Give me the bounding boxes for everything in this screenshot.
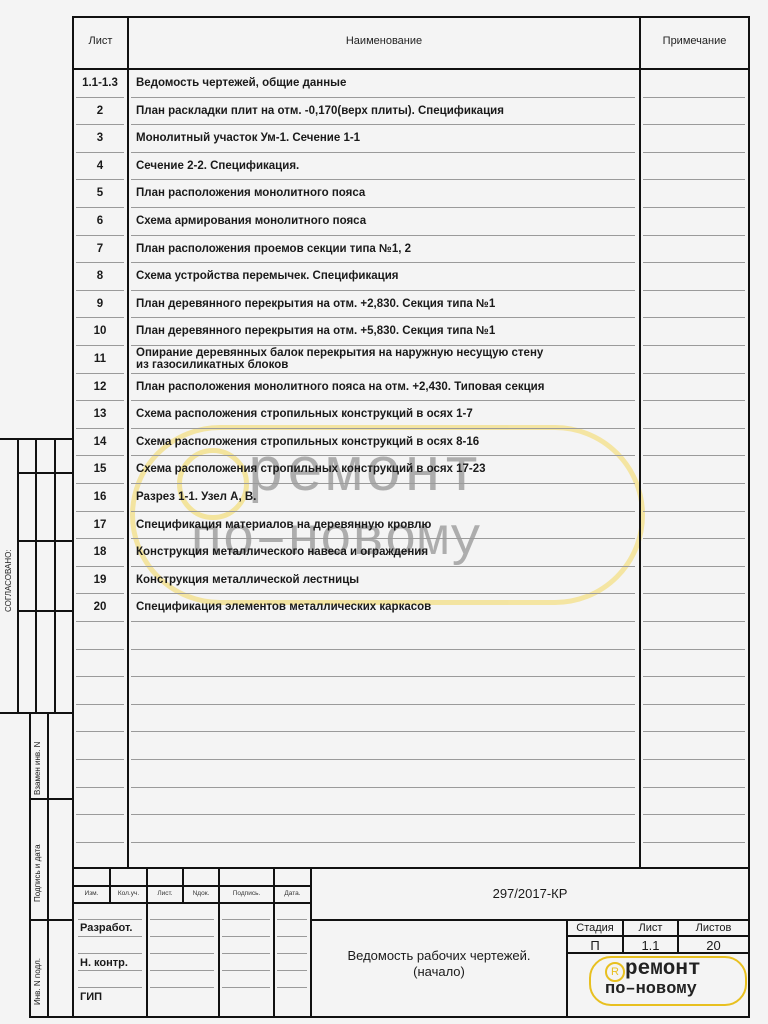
company-logo: R ремонт по–новому (589, 956, 747, 1006)
role-developer: Разработ. (80, 922, 132, 934)
role-norm-control: Н. контр. (80, 957, 128, 969)
row-title: План расположения монолитного пояса на о… (136, 381, 544, 393)
stage-label: Стадия (568, 922, 622, 934)
doc-title-line1: Ведомость рабочих чертежей. (312, 948, 566, 963)
row-title: Схема расположения стропильных конструкц… (136, 463, 486, 475)
logo-line1: ремонт (625, 958, 701, 981)
row-sheet-number: 9 (73, 298, 127, 310)
col-data: Дата. (275, 890, 310, 897)
row-sheet-number: 10 (73, 325, 127, 337)
replaced-inv-label: Взамен инв. N (33, 742, 42, 795)
row-title: Спецификация элементов металлических кар… (136, 601, 431, 613)
col-podpis: Подпись. (220, 890, 273, 897)
row-sheet-number: 3 (73, 132, 127, 144)
col-list: Лист. (148, 890, 182, 897)
registered-icon: R (605, 962, 625, 982)
row-sheet-number: 4 (73, 160, 127, 172)
project-code: 297/2017-КР (312, 886, 748, 901)
row-sheet-number: 2 (73, 105, 127, 117)
sheet-value: 1.1 (624, 938, 677, 953)
row-sheet-number: 13 (73, 408, 127, 420)
row-title: План расположения монолитного пояса (136, 187, 365, 199)
row-title: План деревянного перекрытия на отм. +2,8… (136, 298, 495, 310)
row-sheet-number: 15 (73, 463, 127, 475)
row-sheet-number: 5 (73, 187, 127, 199)
row-sheet-number: 12 (73, 381, 127, 393)
row-title-line2: из газосиликатных блоков (136, 359, 288, 371)
row-sheet-number: 16 (73, 491, 127, 503)
logo-line2: по–новому (605, 980, 697, 999)
col-kol-uch: Кол.уч. (111, 890, 146, 897)
row-title: Разрез 1-1. Узел А, В. (136, 491, 256, 503)
row-sheet-number: 18 (73, 546, 127, 558)
doc-title-line2: (начало) (312, 964, 566, 979)
row-sheet-number: 11 (73, 353, 127, 365)
row-title: Схема расположения стропильных конструкц… (136, 408, 473, 420)
row-sheet-number: 8 (73, 270, 127, 282)
header-name: Наименование (129, 35, 639, 47)
row-title: Опирание деревянных балок перекрытия на … (136, 347, 543, 359)
row-sheet-number: 17 (73, 519, 127, 531)
sign-date-label: Подпись и дата (33, 844, 42, 902)
row-sheet-number: 7 (73, 243, 127, 255)
sheet-label: Лист (624, 922, 677, 934)
row-sheet-number: 20 (73, 601, 127, 613)
row-title: Монолитный участок Ум-1. Сечение 1-1 (136, 132, 360, 144)
row-title: Сечение 2-2. Спецификация. (136, 160, 299, 172)
row-sheet-number: 6 (73, 215, 127, 227)
row-title: План деревянного перекрытия на отм. +5,8… (136, 325, 495, 337)
role-chief-engineer: ГИП (80, 991, 102, 1003)
row-title: Схема устройства перемычек. Спецификация (136, 270, 398, 282)
row-title: План расположения проемов секции типа №1… (136, 243, 411, 255)
row-title: Конструкция металлической лестницы (136, 574, 359, 586)
header-sheet: Лист (74, 35, 127, 47)
row-sheet-number: 19 (73, 574, 127, 586)
header-note: Примечание (641, 35, 748, 47)
row-sheet-number: 1.1-1.3 (73, 77, 127, 89)
stage-value: П (568, 938, 622, 953)
sheets-value: 20 (679, 938, 748, 953)
agreed-label: СОГЛАСОВАНО: (4, 549, 13, 612)
sheets-label: Листов (679, 922, 748, 934)
row-title: Схема расположения стропильных конструкц… (136, 436, 479, 448)
row-title: Ведомость чертежей, общие данные (136, 77, 346, 89)
inv-orig-label: Инв. N подл. (33, 958, 42, 1005)
row-sheet-number: 14 (73, 436, 127, 448)
row-title: Конструкция металлического навеса и огра… (136, 546, 428, 558)
col-izm: Изм. (74, 890, 109, 897)
row-title: План раскладки плит на отм. -0,170(верх … (136, 105, 504, 117)
col-ndok: Nдок. (184, 890, 218, 897)
row-title: Спецификация материалов на деревянную кр… (136, 519, 431, 531)
row-title: Схема армирования монолитного пояса (136, 215, 366, 227)
